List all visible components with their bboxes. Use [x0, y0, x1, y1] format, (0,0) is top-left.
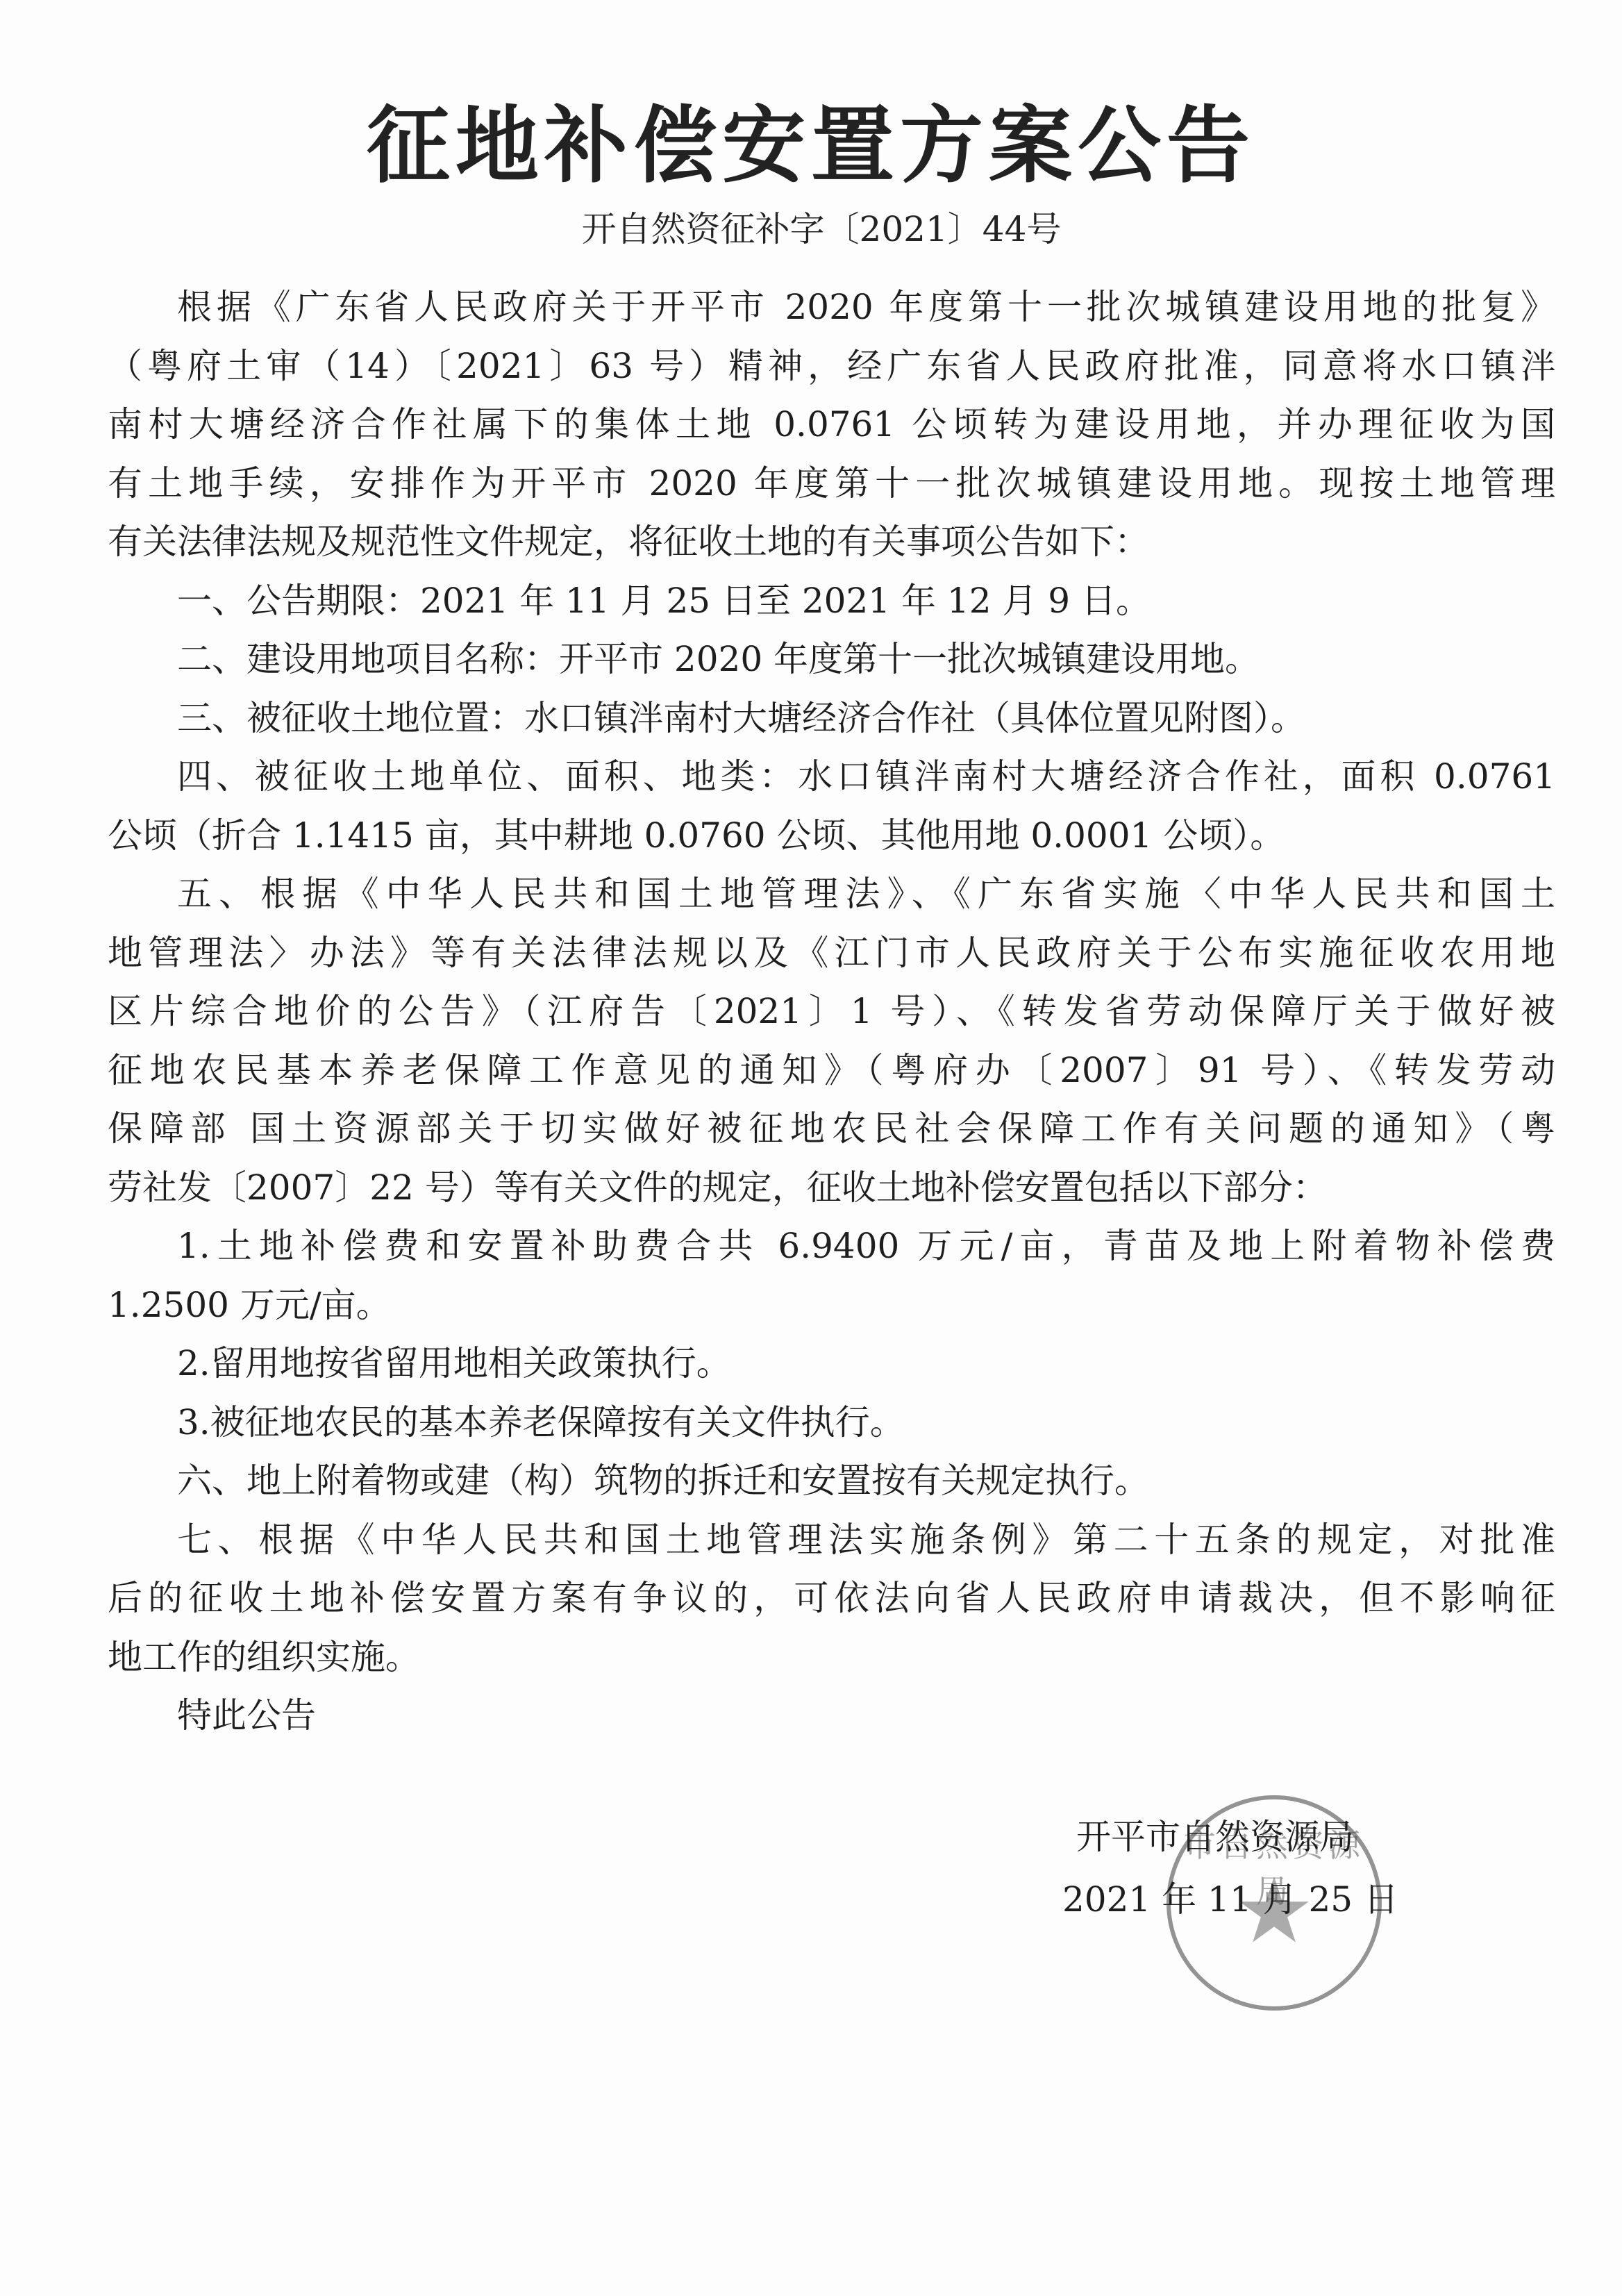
body-line: 地管理法〉办法》等有关法律法规以及《江门市人民政府关于公布实施征收农用地 — [108, 924, 1555, 983]
body-line: 区片综合地价的公告》（江府告〔2021〕1 号）、《转发省劳动保障厅关于做好被 — [108, 982, 1555, 1041]
body-line: 五、根据《中华人民共和国土地管理法》、《广东省实施〈中华人民共和国土 — [108, 865, 1555, 924]
body-line: 有关法律法规及规范性文件规定，将征收土地的有关事项公告如下： — [108, 513, 1555, 572]
body-line: 南村大塘经济合作社属下的集体土地 0.0761 公顷转为建设用地，并办理征收为国 — [108, 395, 1555, 454]
body-line: 特此公告 — [108, 1686, 1555, 1745]
document-number: 开自然资征补字〔2021〕44号 — [0, 205, 1622, 253]
body-line: 四、被征收土地单位、面积、地类：水口镇泮南村大塘经济合作社，面积 0.0761 — [108, 747, 1555, 806]
document-title: 征地补偿安置方案公告 — [0, 97, 1622, 194]
body-line: 有土地手续，安排作为开平市 2020 年度第十一批次城镇建设用地。现按土地管理 — [108, 454, 1555, 513]
body-line: 劳社发〔2007〕22 号）等有关文件的规定，征收土地补偿安置包括以下部分： — [108, 1158, 1555, 1217]
body-line: 1.土地补偿费和安置补助费合共 6.9400 万元/亩，青苗及地上附着物补偿费 — [108, 1217, 1555, 1276]
body-line: 3.被征地农民的基本养老保障按有关文件执行。 — [108, 1393, 1555, 1452]
body-line: 公顷（折合 1.1415 亩，其中耕地 0.0760 公顷、其他用地 0.000… — [108, 806, 1555, 865]
document-body: 根据《广东省人民政府关于开平市 2020 年度第十一批次城镇建设用地的批复》（粤… — [108, 278, 1555, 1745]
signing-organization: 开平市自然资源局 — [1062, 1806, 1493, 1868]
body-line: （粤府土审（14）〔2021〕63 号）精神，经广东省人民政府批准，同意将水口镇… — [108, 337, 1555, 396]
body-line: 后的征收土地补偿安置方案有争议的，可依法向省人民政府申请裁决，但不影响征 — [108, 1569, 1555, 1628]
signature-block: 开平市自然资源局 2021 年 11 月 25 日 — [1062, 1806, 1493, 1931]
body-line: 2.留用地按省留用地相关政策执行。 — [108, 1334, 1555, 1393]
body-line: 七、根据《中华人民共和国土地管理法实施条例》第二十五条的规定，对批准 — [108, 1511, 1555, 1570]
document-page: 征地补偿安置方案公告 开自然资征补字〔2021〕44号 根据《广东省人民政府关于… — [0, 0, 1622, 2296]
body-line: 根据《广东省人民政府关于开平市 2020 年度第十一批次城镇建设用地的批复》 — [108, 278, 1555, 337]
body-line: 地工作的组织实施。 — [108, 1628, 1555, 1687]
body-line: 征地农民基本养老保障工作意见的通知》（粤府办〔2007〕91 号）、《转发劳动 — [108, 1041, 1555, 1100]
body-line: 二、建设用地项目名称：开平市 2020 年度第十一批次城镇建设用地。 — [108, 630, 1555, 689]
body-line: 一、公告期限：2021 年 11 月 25 日至 2021 年 12 月 9 日… — [108, 572, 1555, 631]
body-line: 三、被征收土地位置：水口镇泮南村大塘经济合作社（具体位置见附图）。 — [108, 689, 1555, 748]
body-line: 六、地上附着物或建（构）筑物的拆迁和安置按有关规定执行。 — [108, 1451, 1555, 1511]
signing-date: 2021 年 11 月 25 日 — [1062, 1868, 1493, 1931]
body-line: 保障部 国土资源部关于切实做好被征地农民社会保障工作有关问题的通知》（粤 — [108, 1099, 1555, 1158]
body-line: 1.2500 万元/亩。 — [108, 1276, 1555, 1335]
